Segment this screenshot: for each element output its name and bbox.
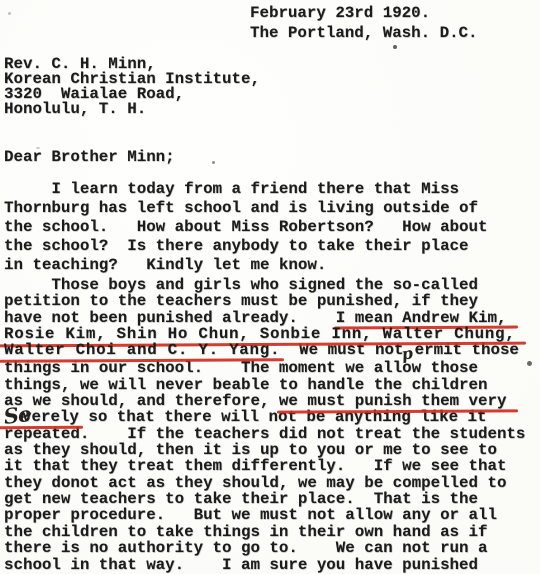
letter-line: Rosie Kim, Shin Ho Chun, Sonbie Inn, Wal…: [4, 326, 525, 342]
date-line: February 23rd 1920.: [250, 4, 478, 24]
letter-line: things in our school. The moment we allo…: [4, 360, 525, 376]
letter-line: Those boys and girls who signed the so-c…: [4, 277, 525, 293]
letter-line: I learn today from a friend there that M…: [4, 180, 487, 199]
place-line: The Portland, Wash. D.C.: [250, 24, 478, 44]
text-segment: have not been punished already.: [4, 309, 336, 327]
letter-line: there is no authority to go to. We can n…: [4, 540, 525, 556]
letter-line: they donot act as they should, we may be…: [4, 475, 525, 491]
letter-line: have not been punished already. I mean A…: [4, 310, 525, 326]
red-underlined-text: Walter Choi and C. Y. Yang.: [4, 341, 280, 359]
handwritten-se-correction: Se: [3, 412, 22, 424]
red-underlined-text: Severely: [4, 408, 79, 426]
scan-speck: [8, 12, 11, 15]
letter-line: petition to the teachers must be punishe…: [4, 293, 525, 309]
salutation-block: Dear Brother Minn;: [4, 149, 175, 165]
handwritten-p-correction: p: [402, 352, 414, 362]
letter-line: as we should, and therefore, we must pun…: [4, 393, 525, 409]
red-underlined-text: I mean Andrew Kim,: [336, 309, 507, 327]
paragraph-1: I learn today from a friend there that M…: [4, 180, 487, 275]
letter-line: school in that way. I am sure you have p…: [4, 557, 525, 573]
date-block: February 23rd 1920. The Portland, Wash. …: [250, 4, 478, 43]
letter-line: it that they treat them differently. If …: [4, 458, 525, 474]
scan-speck: [212, 161, 215, 164]
letter-line: the school? Is there anybody to take the…: [4, 237, 487, 256]
paragraph-2: Those boys and girls who signed the so-c…: [4, 277, 525, 573]
letter-line: proper procedure. But we must not allow …: [4, 507, 525, 523]
letter-line: things, we will never beable to handle t…: [4, 377, 525, 393]
letter-line: as they should, then it is up to you or …: [4, 442, 525, 458]
recipient-address: Rev. C. H. Minn, Korean Christian Instit…: [4, 57, 260, 117]
letter-line: the school. How about Miss Robertson? Ho…: [4, 218, 487, 237]
letter-line: Walter Choi and C. Y. Yang. We must notp…: [4, 342, 525, 360]
scanned-letter: February 23rd 1920. The Portland, Wash. …: [0, 0, 540, 574]
scan-speck: [393, 45, 397, 49]
scan-speck: [36, 147, 40, 149]
recipient-city: Honolulu, T. H.: [4, 102, 260, 117]
salutation: Dear Brother Minn;: [4, 149, 175, 165]
letter-line: in teaching? Kindly let me know.: [4, 256, 487, 275]
letter-line: Thornburg has left school and is living …: [4, 199, 487, 218]
letter-line: the children to take things in their own…: [4, 524, 525, 540]
red-underlined-text: we must punish them very: [279, 392, 507, 410]
scan-speck: [527, 361, 532, 366]
